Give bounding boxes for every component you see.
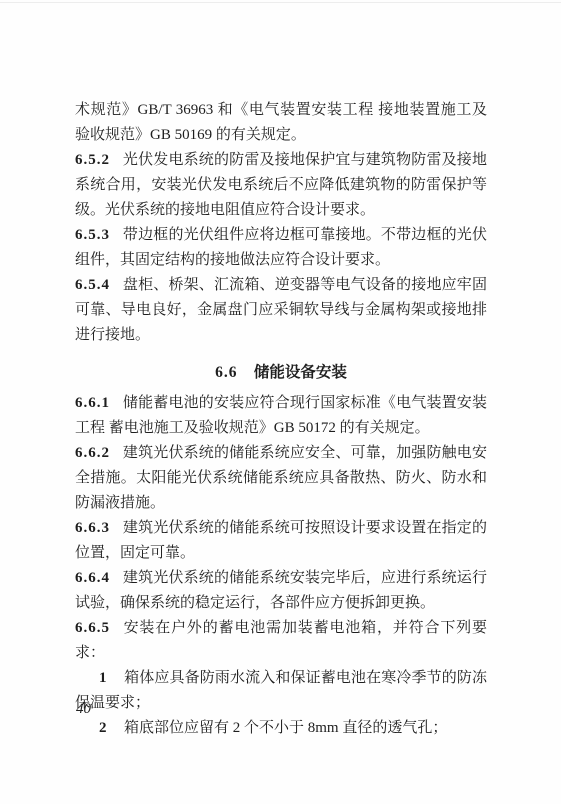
section-number: 6.6: [215, 364, 237, 381]
clause-paragraph: 6.6.4建筑光伏系统的储能系统安装完毕后，应进行系统运行试验，确保系统的稳定运…: [75, 566, 487, 616]
clause-number: 6.5.4: [75, 277, 110, 293]
clause-paragraph: 6.6.3建筑光伏系统的储能系统可按照设计要求设置在指定的位置，固定可靠。: [75, 516, 487, 566]
paragraph-text: 盘柜、桥架、汇流箱、逆变器等电气设备的接地应牢固可靠、导电良好，金属盘门应采铜软…: [75, 277, 487, 343]
paragraph-text: 术规范》GB/T 36963 和《电气装置安装工程 接地装置施工及验收规范》GB…: [75, 102, 487, 143]
clause-number: 6.5.2: [75, 152, 110, 168]
section-title: 储能设备安装: [254, 364, 347, 381]
paragraph-text: 储能蓄电池的安装应符合现行国家标准《电气装置安装工程 蓄电池施工及验收规范》GB…: [75, 395, 487, 436]
page-number: 40: [76, 701, 91, 718]
clause-paragraph: 6.5.2光伏发电系统的防雷及接地保护宜与建筑物防雷及接地系统合用，安装光伏发电…: [75, 148, 487, 223]
clause-number: 6.5.3: [75, 227, 110, 243]
clause-paragraph: 6.6.1储能蓄电池的安装应符合现行国家标准《电气装置安装工程 蓄电池施工及验收…: [75, 391, 487, 441]
clause-number: 6.6.3: [75, 520, 110, 536]
document-body: 术规范》GB/T 36963 和《电气装置安装工程 接地装置施工及验收规范》GB…: [75, 98, 487, 741]
paragraph-text: 安装在户外的蓄电池需加装蓄电池箱，并符合下列要求：: [75, 620, 487, 661]
clause-paragraph: 6.6.5安装在户外的蓄电池需加装蓄电池箱，并符合下列要求：: [75, 616, 487, 666]
clause-number: 6.6.1: [75, 395, 110, 411]
paragraph-text: 光伏发电系统的防雷及接地保护宜与建筑物防雷及接地系统合用，安装光伏发电系统后不应…: [75, 152, 487, 218]
paragraph-text: 带边框的光伏组件应将边框可靠接地。不带边框的光伏组件，其固定结构的接地做法应符合…: [75, 227, 487, 268]
clause-paragraph: 6.5.3带边框的光伏组件应将边框可靠接地。不带边框的光伏组件，其固定结构的接地…: [75, 223, 487, 273]
paragraph-text: 建筑光伏系统的储能系统安装完毕后，应进行系统运行试验，确保系统的稳定运行，各部件…: [75, 570, 487, 611]
section-heading: 6.6储能设备安装: [75, 360, 487, 385]
scan-edge-line: [0, 2, 561, 3]
item-number: 1: [99, 670, 108, 686]
clause-number: 6.6.4: [75, 570, 110, 586]
paragraph-text: 箱体应具备防雨水流入和保证蓄电池在寒冷季节的防冻保温要求；: [75, 670, 487, 711]
clause-number: 6.6.5: [75, 620, 110, 636]
paragraph-text: 箱底部位应留有 2 个不小于 8mm 直径的透气孔；: [124, 720, 447, 736]
paragraph-text: 建筑光伏系统的储能系统应安全、可靠，加强防触电安全措施。太阳能光伏系统储能系统应…: [75, 445, 487, 511]
paragraph-text: 建筑光伏系统的储能系统可按照设计要求设置在指定的位置，固定可靠。: [75, 520, 487, 561]
item-number: 2: [99, 720, 108, 736]
clause-paragraph: 6.6.2建筑光伏系统的储能系统应安全、可靠，加强防触电安全措施。太阳能光伏系统…: [75, 441, 487, 516]
list-item: 2箱底部位应留有 2 个不小于 8mm 直径的透气孔；: [75, 716, 487, 741]
list-item: 1箱体应具备防雨水流入和保证蓄电池在寒冷季节的防冻保温要求；: [75, 666, 487, 716]
clause-paragraph: 6.5.4盘柜、桥架、汇流箱、逆变器等电气设备的接地应牢固可靠、导电良好，金属盘…: [75, 273, 487, 348]
clause-number: 6.6.2: [75, 445, 110, 461]
continuation-paragraph: 术规范》GB/T 36963 和《电气装置安装工程 接地装置施工及验收规范》GB…: [75, 98, 487, 148]
document-page: 术规范》GB/T 36963 和《电气装置安装工程 接地装置施工及验收规范》GB…: [0, 0, 561, 804]
